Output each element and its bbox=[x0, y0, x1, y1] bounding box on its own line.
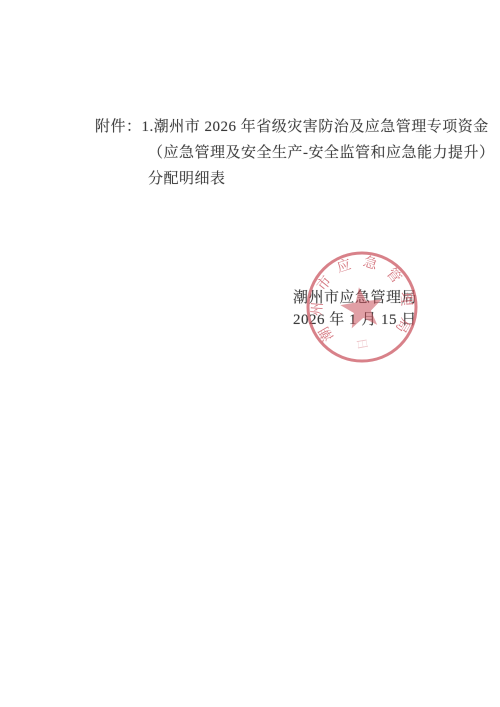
attachment-line-3: 分配明细表 bbox=[148, 166, 475, 192]
attachment-line-2: （应急管理及安全生产-安全监管和应急能力提升） bbox=[148, 140, 475, 166]
signature-block: 潮州市应急管理局 2026 年 1 月 15 日 bbox=[293, 287, 417, 331]
document-page: 附件：1.潮州市 2026 年省级灾害防治及应急管理专项资金 （应急管理及安全生… bbox=[0, 0, 500, 707]
signature-agency: 潮州市应急管理局 bbox=[293, 287, 417, 309]
seal-artifact-glyph: 日 bbox=[354, 337, 370, 351]
signature-date: 2026 年 1 月 15 日 bbox=[293, 309, 417, 331]
attachment-line-1: 附件：1.潮州市 2026 年省级灾害防治及应急管理专项资金 bbox=[95, 114, 475, 140]
attachment-note: 附件：1.潮州市 2026 年省级灾害防治及应急管理专项资金 （应急管理及安全生… bbox=[95, 114, 475, 192]
